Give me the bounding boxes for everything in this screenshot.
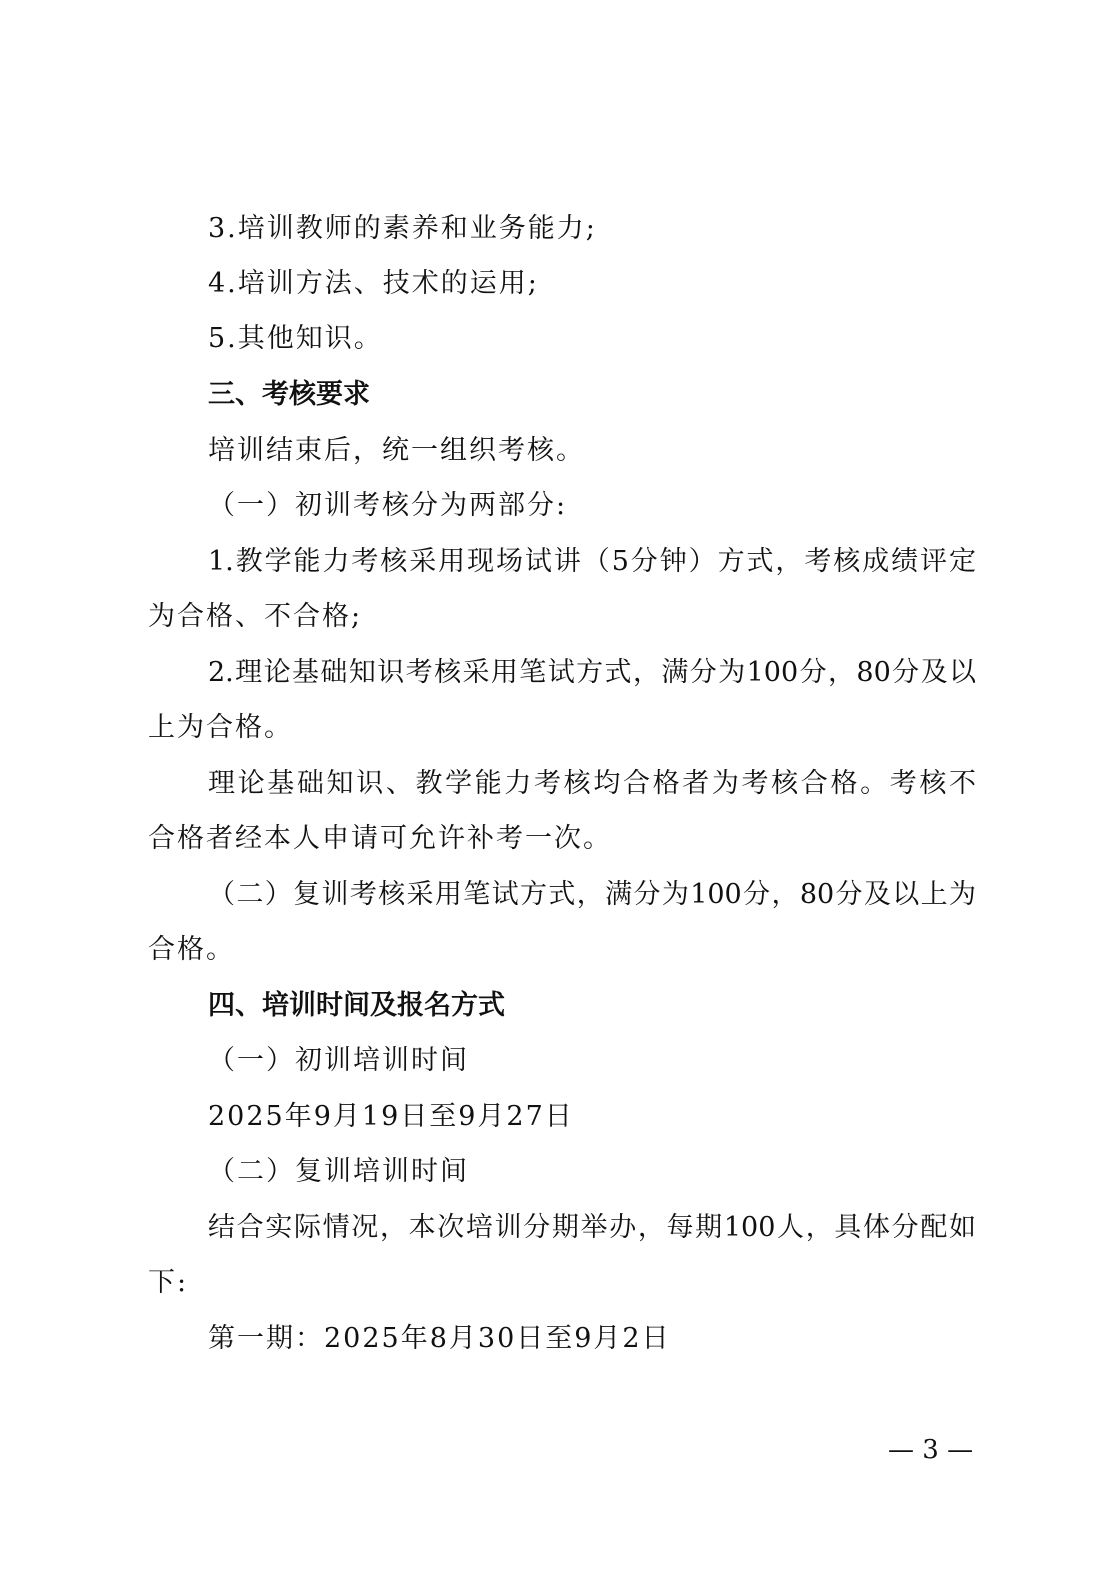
subsection-heading: （一）初训培训时间 [208,1044,469,1078]
paragraph-line: 合格。 [148,933,235,967]
paragraph-line: 理论基础知识、教学能力考核均合格者为考核合格。考核不 [208,767,976,801]
paragraph-line: 2.理论基础知识考核采用笔试方式，满分为100分，80分及以 [208,656,976,690]
paragraph-line: （二）复训考核采用笔试方式，满分为100分，80分及以上为 [208,878,976,912]
paragraph-line: 结合实际情况，本次培训分期举办，每期100人，具体分配如 [208,1211,976,1245]
list-item-3: 3.培训教师的素养和业务能力; [208,212,597,246]
paragraph-line: 合格者经本人申请可允许补考一次。 [148,822,612,856]
document-page: 3.培训教师的素养和业务能力; 4.培训方法、技术的运用; 5.其他知识。 三、… [0,0,1116,1569]
date-range: 2025年9月19日至9月27日 [208,1100,574,1134]
section-heading-schedule: 四、培训时间及报名方式 [208,989,505,1023]
subsection-heading: （一）初训考核分为两部分: [208,489,567,523]
list-item-5: 5.其他知识。 [208,322,383,356]
subsection-heading: （二）复训培训时间 [208,1155,469,1189]
list-item-4: 4.培训方法、技术的运用; [208,267,539,301]
paragraph-line: 上为合格。 [148,711,293,745]
paragraph-line: 为合格、不合格; [148,600,362,634]
paragraph: 培训结束后，统一组织考核。 [208,434,585,468]
paragraph-line: 下: [148,1266,188,1300]
page-number: — 3 — [888,1435,973,1465]
paragraph-line: 1.教学能力考核采用现场试讲（5分钟）方式，考核成绩评定 [208,545,976,579]
period-item: 第一期：2025年8月30日至9月2日 [208,1322,671,1356]
section-heading-assessment: 三、考核要求 [208,378,370,412]
